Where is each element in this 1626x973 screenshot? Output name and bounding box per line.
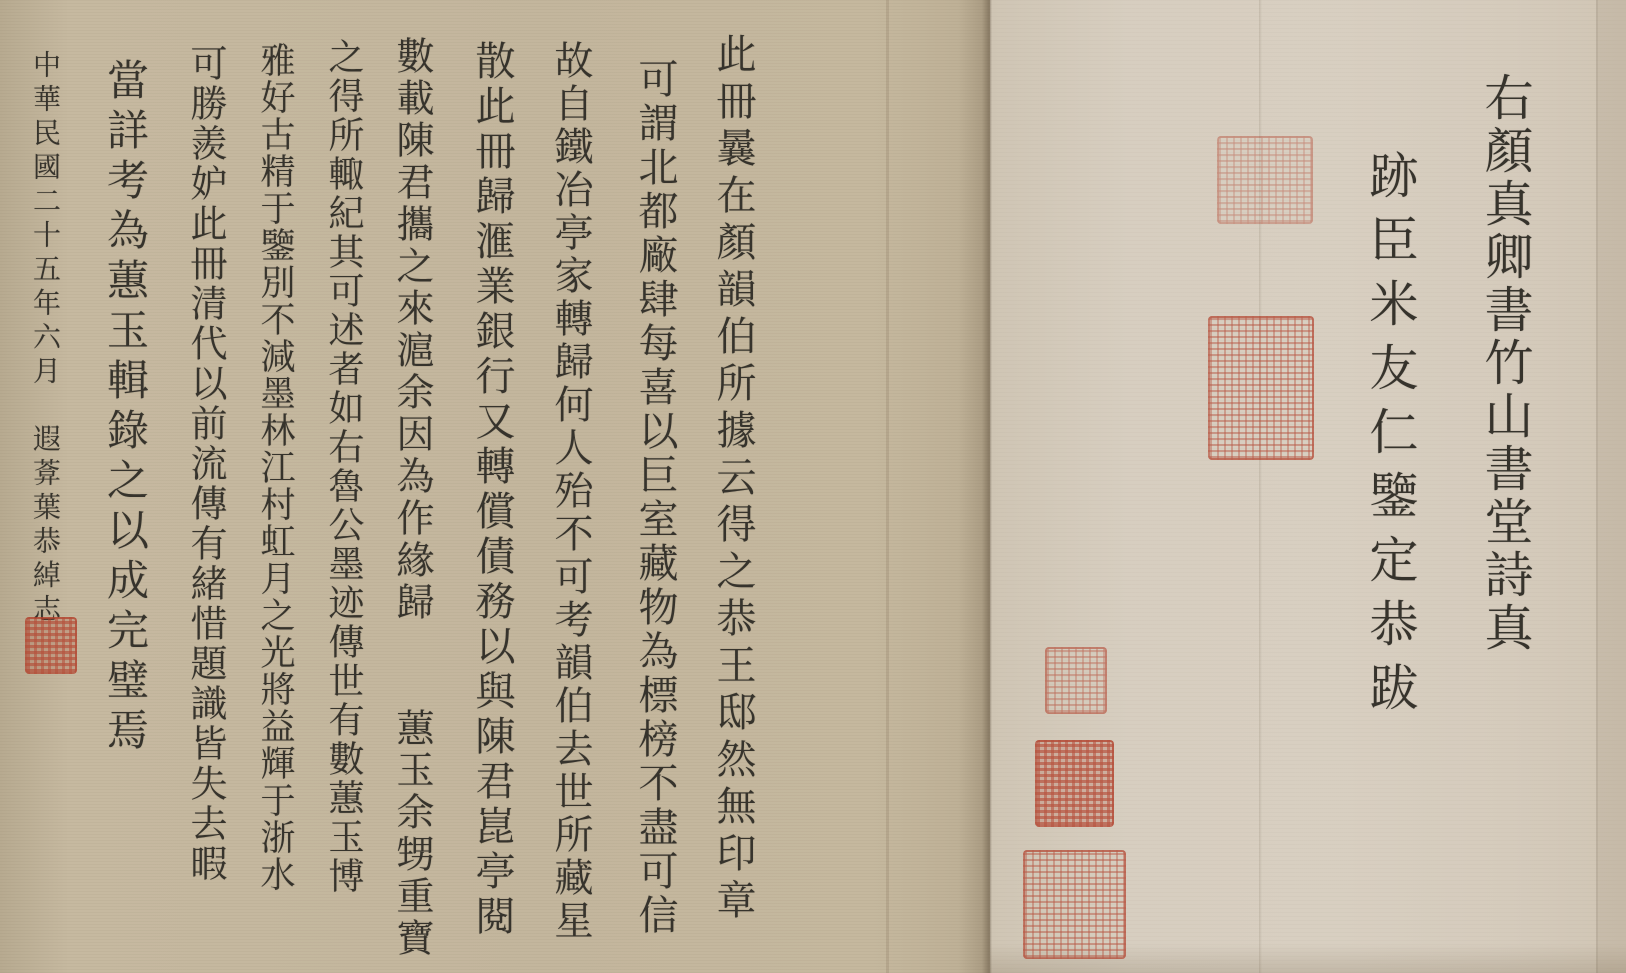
panel-join-crease	[958, 0, 992, 973]
red-seal-a	[1045, 647, 1107, 714]
title-column-1: 右顏真卿書竹山書堂詩真	[1481, 72, 1530, 655]
colophon-column-3: 故自鐵冶亭家轉歸何人殆不可考韻伯去世所藏星	[551, 40, 590, 943]
colophon-column-6: 之得所輙紀其可述者如右魯公墨迹傳世有數蕙玉博	[325, 38, 361, 896]
red-seal-c	[1023, 850, 1126, 959]
colophon-column-9: 當詳考為蕙玉輯錄之以成完璧焉	[104, 58, 146, 758]
colophon-column-5: 數載陳君攜之來滬余因為作緣歸 蕙玉余甥重寶	[393, 36, 431, 960]
signature-seal	[25, 617, 77, 674]
signature-column: 中華民國二十五年六月 遐葊葉恭綽志	[31, 50, 59, 628]
title-column-2: 跡臣米友仁鑒定恭跋	[1366, 150, 1415, 726]
panel-fold-crease	[886, 0, 889, 973]
colophon-column-4: 散此冊歸滙業銀行又轉償債務以與陳君崑亭閱	[472, 40, 512, 940]
calligraphy-album-leaf: 右顏真卿書竹山書堂詩真 跡臣米友仁鑒定恭跋 此冊曩在顏韻伯所據云得之恭王邸然無印…	[0, 0, 1626, 973]
panel-right-edge	[1598, 0, 1626, 973]
red-seal-b	[1035, 740, 1114, 827]
colophon-column-7: 雅好古精于鑒別不減墨林江村虹月之光將益輝于浙水	[257, 42, 292, 893]
red-seal-middle	[1208, 316, 1314, 460]
colophon-column-8: 可勝羨妒此冊清代以前流傳有緒惜題識皆失去暇	[187, 44, 224, 884]
colophon-column-2: 可謂北都廠肆每喜以巨室藏物為標榜不盡可信	[635, 58, 675, 938]
red-seal-top	[1217, 136, 1313, 224]
colophon-column-1: 此冊曩在顏韻伯所據云得之恭王邸然無印章	[713, 33, 753, 926]
